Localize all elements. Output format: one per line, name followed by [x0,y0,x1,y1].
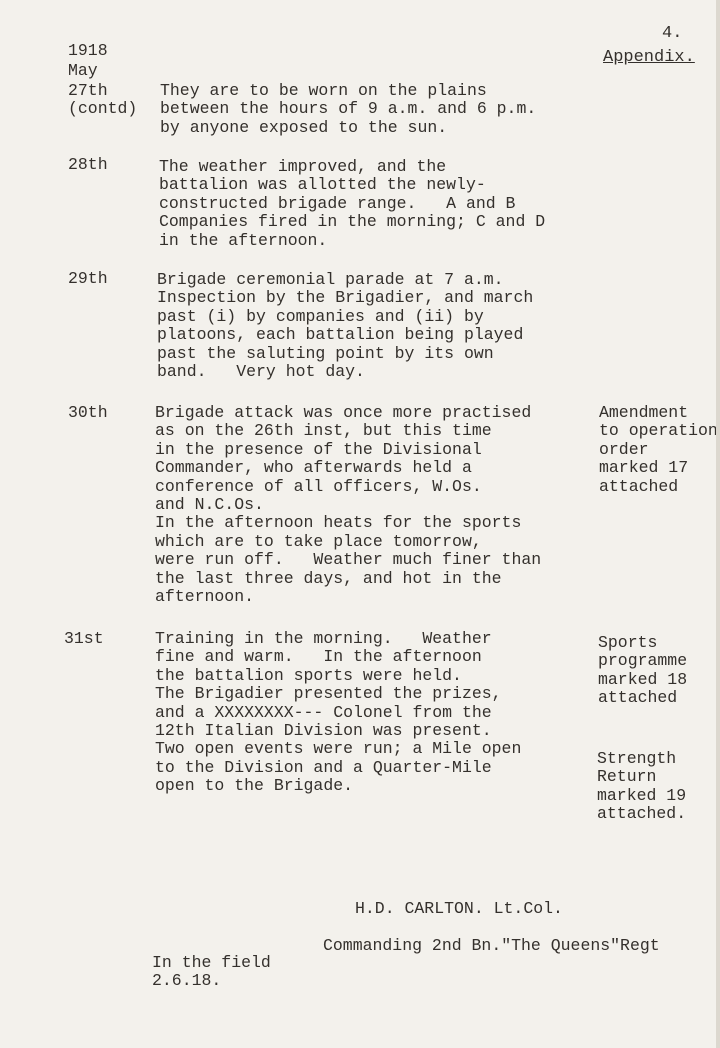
note-line: Strength [597,750,686,768]
signature-name: H.D. CARLTON. Lt.Col. [355,900,563,918]
body-line: the last three days, and hot in the [155,570,541,588]
date-line: 27th [68,82,137,100]
note-line: to operation [599,422,716,440]
entry-date-29: 29th [68,270,108,288]
body-line: afternoon. [155,588,541,606]
date-line: 2.6.18. [152,972,271,990]
note-line: Return [597,768,686,786]
footer-location: In the field 2.6.18. [152,954,271,991]
note-line: marked 18 [598,671,687,689]
body-line: as on the 26th inst, but this time [155,422,541,440]
body-line: in the presence of the Divisional [155,441,541,459]
entry-body-28: The weather improved, and the battalion … [159,158,545,250]
body-line: constructed brigade range. A and B [159,195,545,213]
page-edge [716,0,720,1048]
entry-body-30: Brigade attack was once more practised a… [155,404,541,606]
body-line: band. Very hot day. [157,363,533,381]
month-label: May [68,62,98,80]
page-number: 4. [662,24,682,43]
entry-date-27: 27th (contd) [68,82,137,119]
body-line: and a XXXXXXXX--- Colonel from the [155,704,521,722]
body-line: Training in the morning. Weather [155,630,521,648]
body-line: the battalion sports were held. [155,667,521,685]
body-line: in the afternoon. [159,232,545,250]
place-line: In the field [152,954,271,972]
note-line: attached [598,689,687,707]
body-line: Commander, who afterwards held a [155,459,541,477]
note-line: programme [598,652,687,670]
body-line: Companies fired in the morning; C and D [159,213,545,231]
command-title: Commanding 2nd Bn."The Queens"Regt [323,937,660,955]
body-line: In the afternoon heats for the sports [155,514,541,532]
signatory: H.D. CARLTON. Lt.Col. [355,900,563,918]
body-line: fine and warm. In the afternoon [155,648,521,666]
signature-title: Commanding 2nd Bn."The Queens"Regt [323,937,660,955]
entry-date-30: 30th [68,404,108,422]
body-line: Brigade attack was once more practised [155,404,541,422]
body-line: battalion was allotted the newly- [159,176,545,194]
note-line: attached. [597,805,686,823]
body-line: open to the Brigade. [155,777,521,795]
body-line: between the hours of 9 a.m. and 6 p.m. [160,100,536,118]
entry-body-27: They are to be worn on the plains betwee… [160,82,536,137]
body-line: The weather improved, and the [159,158,545,176]
body-line: conference of all officers, W.Os. [155,478,541,496]
body-line: which are to take place tomorrow, [155,533,541,551]
body-line: were run off. Weather much finer than [155,551,541,569]
note-line: attached [599,478,716,496]
body-line: past the saluting point by its own [157,345,533,363]
note-line: marked 17 [599,459,716,477]
body-line: platoons, each battalion being played [157,326,533,344]
margin-note-amendment: Amendment to operation order marked 17 a… [599,404,716,496]
body-line: They are to be worn on the plains [160,82,536,100]
entry-date-31: 31st [64,630,104,648]
note-line: Sports [598,634,687,652]
body-line: Brigade ceremonial parade at 7 a.m. [157,271,533,289]
body-line: by anyone exposed to the sun. [160,119,536,137]
body-line: Two open events were run; a Mile open [155,740,521,758]
entry-body-31: Training in the morning. Weather fine an… [155,630,521,796]
year-label: 1918 [68,42,108,60]
note-line: marked 19 [597,787,686,805]
date-line: 30th [68,404,108,422]
entry-body-29: Brigade ceremonial parade at 7 a.m. Insp… [157,271,533,381]
date-line: 28th [68,156,108,174]
note-line: order [599,441,716,459]
appendix-heading: Appendix. [603,48,695,67]
entry-date-28: 28th [68,156,108,174]
body-line: past (i) by companies and (ii) by [157,308,533,326]
note-line: Amendment [599,404,716,422]
date-line: 29th [68,270,108,288]
margin-note-strength-return: Strength Return marked 19 attached. [597,750,686,824]
body-line: and N.C.Os. [155,496,541,514]
margin-note-sports-programme: Sports programme marked 18 attached [598,634,687,708]
body-line: 12th Italian Division was present. [155,722,521,740]
body-line: Inspection by the Brigadier, and march [157,289,533,307]
date-line: (contd) [68,100,137,118]
date-line: 31st [64,630,104,648]
body-line: to the Division and a Quarter-Mile [155,759,521,777]
body-line: The Brigadier presented the prizes, [155,685,521,703]
